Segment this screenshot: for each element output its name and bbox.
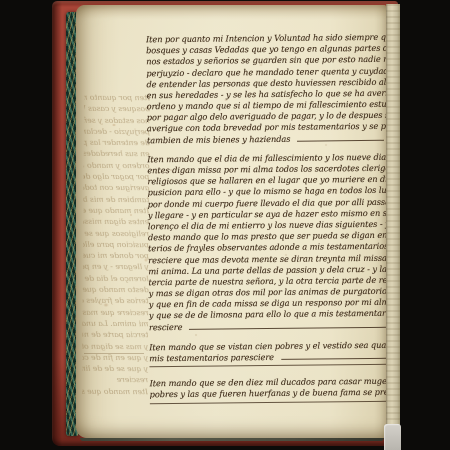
bleedthrough-line: Iten por quanto mi Intencion y Voluntad … (84, 93, 150, 105)
bleedthrough-line: resciere (82, 375, 148, 387)
bleedthrough-line: desto mando que lo mas presto que ser pu… (83, 285, 149, 297)
bleedthrough-line: por pagar algo delo averiguado de pagar,… (83, 172, 149, 184)
separator-rule (149, 364, 387, 367)
flourish-rule (297, 140, 384, 142)
bleedthrough-text: Iten por quanto mi Intencion y Voluntad … (82, 93, 150, 405)
bleedthrough-line: mi anima. La una parte dellas de passion… (82, 319, 148, 331)
paragraph: Iten por quanto mi Intencion y Voluntad … (146, 32, 388, 146)
manuscript-line: pobres y las que fueren huerfanas y de b… (150, 387, 392, 401)
paragraph: Iten mando que el dia de mi fallescimien… (147, 152, 390, 334)
manuscript-text: Iten por quanto mi Intencion y Voluntad … (146, 32, 391, 440)
bleedthrough-line: averigue con toda brevedad por mis testa… (83, 183, 149, 195)
manuscript-line: mis testamentarios paresciere (149, 352, 274, 365)
bleedthrough-line: terios de frayles observantes adonde a m… (83, 296, 149, 308)
bleedthrough-line: en sus heredades - y se les ha satisfech… (84, 149, 150, 161)
manuscript-line: tambien de mis bienes y haziendas (147, 133, 291, 146)
bleedthrough-line: resciere que mas devota mente se diran t… (83, 307, 149, 319)
manuscript-row: pobres y las que fueren huerfanas y de b… (150, 387, 391, 401)
bleedthrough-line: de entender las personas que desto huvie… (84, 138, 150, 150)
bleedthrough-line: por donde mi cuerpo fuere llevado el dia… (83, 251, 149, 263)
bleedthrough-line: perjuyzio - declaro que he mandado tener… (84, 127, 150, 139)
separator-rule (150, 400, 388, 403)
manuscript-row: tambien de mis bienes y haziendas (147, 132, 388, 146)
adjacent-page-edge (386, 4, 400, 438)
paragraph: Iten mando que se den diez mil ducados p… (149, 376, 390, 404)
bleedthrough-line: bosques y casas Vedadas que yo tengo en … (84, 104, 150, 116)
bleedthrough-line: tercia parte de nuestra señora, y la otr… (82, 330, 148, 342)
bleedthrough-line: entes digan missa por mi alma todos los … (83, 217, 149, 229)
bleedthrough-line: y que se de de limosna para ello lo que … (82, 364, 148, 376)
manuscript-row: mis testamentarios paresciere (149, 351, 390, 365)
bleedthrough-line: y que en fin de cada missa se diga un re… (82, 353, 148, 365)
flourish-rule (189, 327, 386, 330)
bleedthrough-line: Iten mando que el dia de mi fallescimien… (83, 206, 149, 218)
bleedthrough-rule (84, 353, 144, 354)
paragraph: Iten mando que se vistan cien pobres y e… (149, 340, 390, 368)
bleedthrough-line: nos estados y señorios se guarden sin qu… (84, 115, 150, 127)
photo-background: Iten por quanto mi Intencion y Voluntad … (0, 0, 450, 450)
bleedthrough-line: ordeno y mando que si al tiempo de mi fa… (84, 161, 150, 173)
bleedthrough-line: pusicion para ello - y que lo mismo se h… (83, 240, 149, 252)
manuscript-page: Iten por quanto mi Intencion y Voluntad … (76, 5, 386, 438)
bleedthrough-line: religiosos que se hallaren en el lugar q… (83, 228, 149, 240)
flourish-rule (281, 358, 386, 360)
bleedthrough-line: Iten mando que se vistan cien pobres y e… (82, 386, 148, 398)
bleedthrough-line: y mas se digan otras dos mil por las ani… (82, 341, 148, 353)
bleedthrough-line: lorenço el dia de mi entierro y los nuev… (83, 274, 149, 286)
manuscript-line: resciere (149, 322, 183, 334)
book-support-tab (384, 424, 401, 450)
bleedthrough-line: tambien de mis bienes y haziendas (83, 194, 149, 206)
bleedthrough-line: y llegare - y en particular se aya de ha… (83, 262, 149, 274)
